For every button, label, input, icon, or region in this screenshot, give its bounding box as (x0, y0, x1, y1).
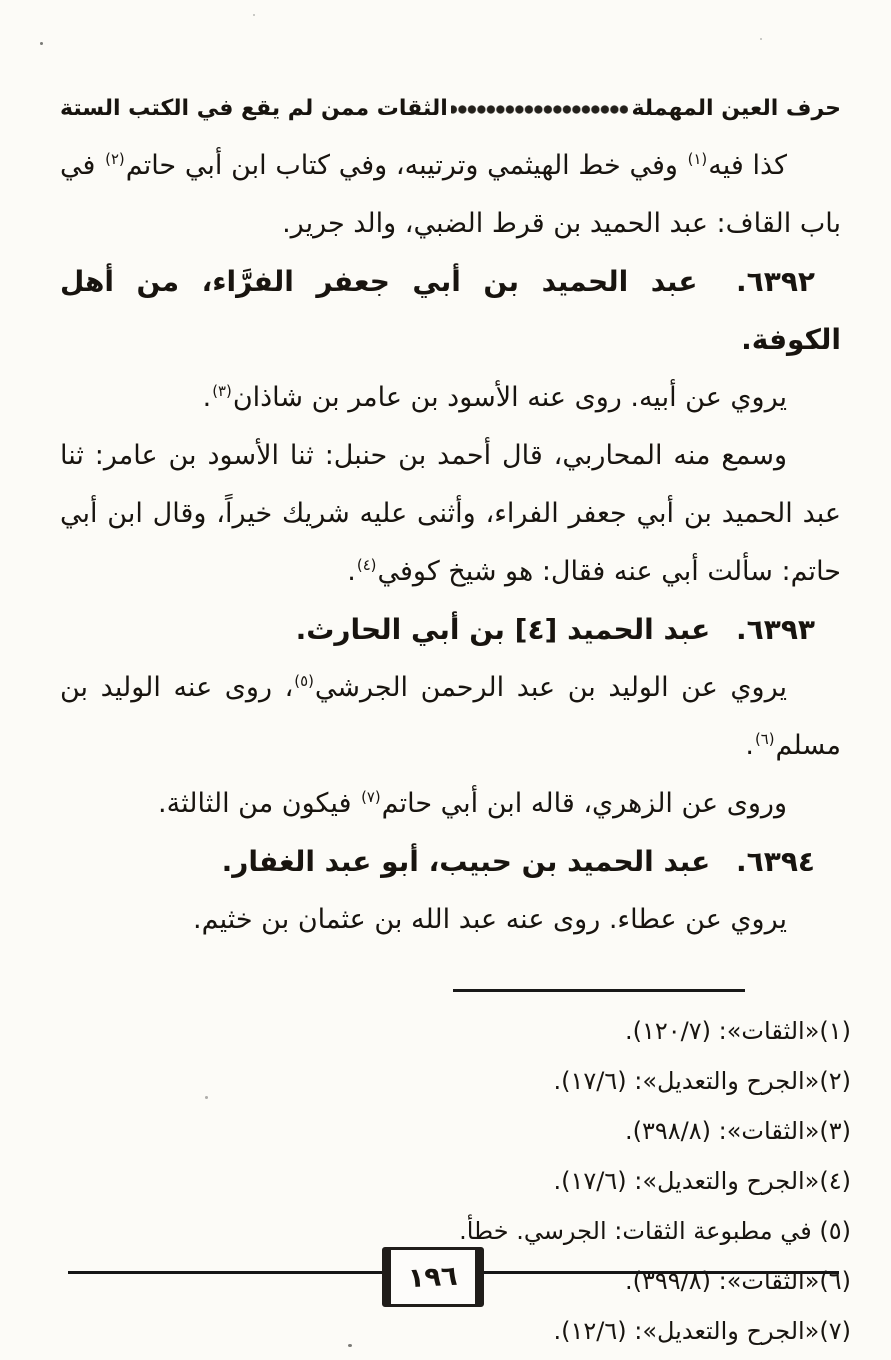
footnote-separator (453, 989, 745, 992)
scan-speck (348, 1344, 352, 1347)
entry-title-6393: عبد الحميد [٤] بن أبي الحارث. (296, 613, 711, 646)
page-body: كذا فيه(١) وفي خط الهيثمي وترتيبه، وفي ك… (60, 137, 841, 949)
entry-number-6393: ٦٣٩٣. (736, 613, 815, 646)
footnote-3: (٣)«الثقات»: (٣٩٨/٨). (60, 1106, 851, 1156)
paragraph-intro: كذا فيه(١) وفي خط الهيثمي وترتيبه، وفي ك… (60, 137, 841, 253)
footnote-2: (٢)«الجرح والتعديل»: (١٧/٦). (60, 1056, 851, 1106)
running-header-chapter: حرف العين المهملة (631, 96, 841, 121)
dotted-leader (451, 105, 629, 114)
scan-speck (253, 14, 255, 16)
scanned-book-page: حرف العين المهملة الثقات ممن لم يقع في ا… (0, 0, 891, 1360)
scan-speck (40, 42, 43, 45)
entry-heading-6394: ٦٣٩٤. عبد الحميد بن حبيب، أبو عبد الغفار… (60, 833, 841, 891)
running-header-book-title: الثقات ممن لم يقع في الكتب الستة (60, 96, 448, 121)
footnote-1: (١)«الثقات»: (١٢٠/٧). (60, 1006, 851, 1056)
entry-title-6392: عبد الحميد بن أبي جعفر الفرَّاء، من أهل … (60, 265, 841, 356)
page-number: ١٩٦ (408, 1260, 459, 1294)
paragraph-narration: وسمع منه المحاربي، قال أحمد بن حنبل: ثنا… (60, 427, 841, 601)
entry-number-6392: ٦٣٩٢. (736, 265, 815, 298)
scan-speck (760, 38, 762, 40)
paragraph-narration: وروى عن الزهري، قاله ابن أبي حاتم(٧) فيك… (60, 775, 841, 833)
footnote-7: (٧)«الجرح والتعديل»: (١٢/٦). (60, 1306, 851, 1356)
paragraph-narration: يروي عن أبيه. روى عنه الأسود بن عامر بن … (60, 369, 841, 427)
scan-speck (205, 1096, 208, 1099)
entry-title-6394: عبد الحميد بن حبيب، أبو عبد الغفار. (222, 845, 711, 878)
entry-heading-6392: ٦٣٩٢. عبد الحميد بن أبي جعفر الفرَّاء، م… (60, 253, 841, 369)
entry-number-6394: ٦٣٩٤. (736, 845, 815, 878)
paragraph-narration: يروي عن الوليد بن عبد الرحمن الجرشي(٥)، … (60, 659, 841, 775)
page-number-box: ١٩٦ (382, 1247, 484, 1307)
running-header: حرف العين المهملة الثقات ممن لم يقع في ا… (0, 0, 891, 121)
paragraph-narration: يروي عن عطاء. روى عنه عبد الله بن عثمان … (60, 891, 841, 949)
entry-heading-6393: ٦٣٩٣. عبد الحميد [٤] بن أبي الحارث. (60, 601, 841, 659)
footnote-4: (٤)«الجرح والتعديل»: (١٧/٦). (60, 1156, 851, 1206)
